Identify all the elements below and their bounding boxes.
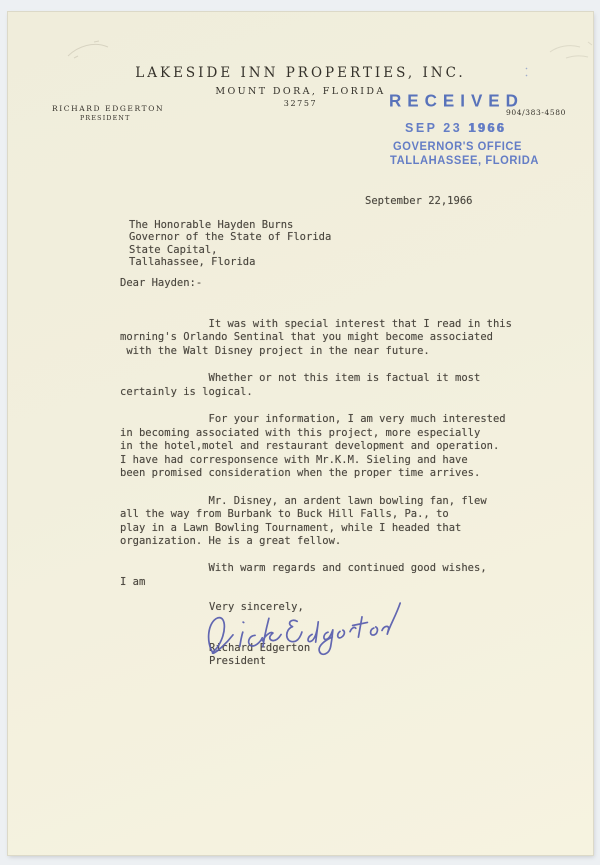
- scanned-letter-background: LAKESIDE INN PROPERTIES, INC. MOUNT DORA…: [0, 0, 600, 865]
- letter-date: September 22,1966: [365, 195, 472, 209]
- stamp-date-prefix: SEP 23: [405, 121, 462, 135]
- letter-paper: LAKESIDE INN PROPERTIES, INC. MOUNT DORA…: [8, 12, 593, 855]
- letter-body: Dear Hayden:- It was with special intere…: [120, 277, 512, 590]
- handwritten-signature: [198, 594, 407, 672]
- pencil-smudge-top-left: [64, 36, 114, 62]
- received-stamp-office: GOVERNOR'S OFFICE: [393, 141, 522, 153]
- stamp-date-year: 1966: [468, 121, 506, 135]
- received-stamp: RECEIVED: [389, 91, 524, 112]
- received-stamp-city: TALLAHASSEE, FLORIDA: [390, 155, 539, 167]
- letterhead-company: LAKESIDE INN PROPERTIES, INC.: [8, 65, 593, 81]
- pencil-smudge-top-right: [546, 38, 598, 66]
- letterhead-officer-name: RICHARD EDGERTON: [52, 104, 164, 113]
- recipient-address-block: The Honorable Hayden Burns Governor of t…: [129, 219, 331, 269]
- stray-ink-dot: [522, 66, 532, 80]
- received-stamp-date: SEP 231966: [405, 121, 506, 135]
- letterhead-officer-title: PRESIDENT: [80, 115, 131, 122]
